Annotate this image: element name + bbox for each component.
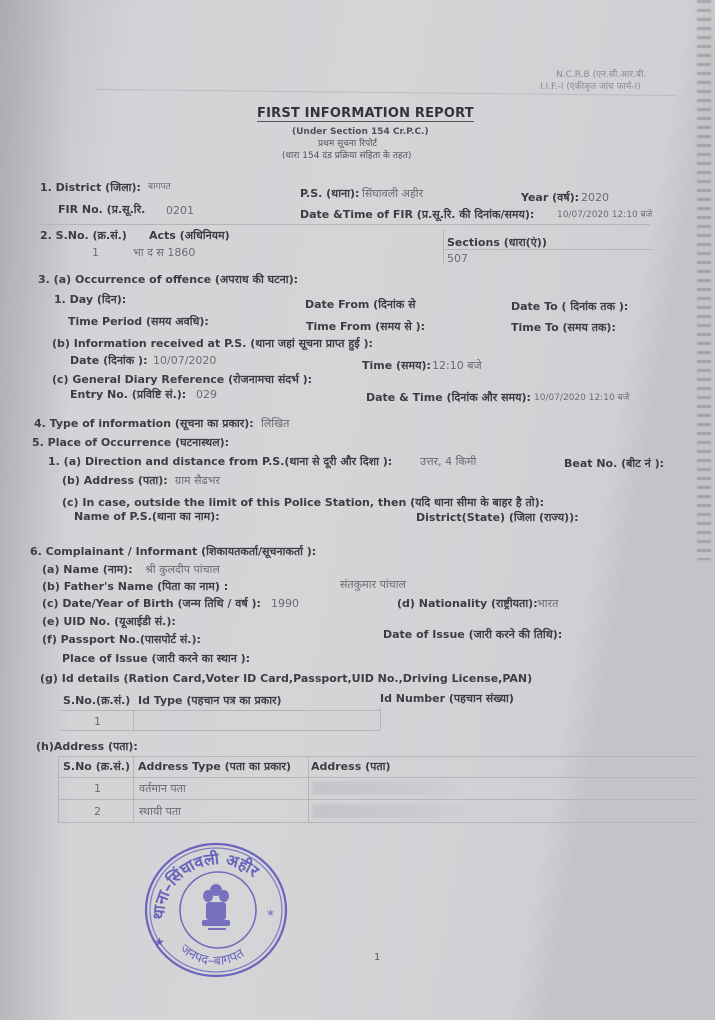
fir-no-label: FIR No. (प्र.सू.रि. — [58, 203, 145, 216]
gd-datetime-value: 10/07/2020 12:10 बजे — [534, 393, 629, 404]
nationality-label: (d) Nationality (राष्ट्रीयता): — [397, 597, 538, 610]
id-details-label: (g) Id details (Ration Card,Voter ID Car… — [40, 672, 532, 685]
district-label: 1. District (जिला): — [40, 181, 141, 194]
addr-row-1-type: वर्तमान पता — [139, 782, 186, 795]
beat-no-label: Beat No. (बीट नं ): — [564, 457, 664, 470]
address-heading: (h)Address (पता): — [36, 740, 138, 753]
address-label: (b) Address (पता): — [62, 474, 168, 487]
subtitle-hi: प्रथम सूचना रिपोर्ट — [318, 139, 377, 150]
divider — [443, 229, 444, 265]
page-title: FIRST INFORMATION REPORT — [257, 106, 474, 122]
time-to-label: Time To (समय तक): — [511, 321, 616, 334]
time-period-label: Time Period (समय अवधि): — [68, 315, 209, 328]
date-to-label: Date To ( दिनांक तक ): — [511, 300, 628, 313]
info-date-label: Date (दिनांक ): — [70, 354, 147, 367]
id-col-number: Id Number (पहचान संख्या) — [380, 692, 514, 705]
father-name-label: (b) Father's Name (पिता का नाम) : — [42, 580, 228, 593]
nationality-value: भारत — [537, 597, 558, 610]
year-value: 2020 — [581, 191, 609, 204]
addr-row-2-type: स्थायी पता — [139, 805, 181, 818]
place-of-issue-label: Place of Issue (जारी करने का स्थान ): — [62, 652, 250, 665]
redacted-address-1 — [312, 781, 462, 795]
date-from-label: Date From (दिनांक से — [305, 298, 416, 311]
page-number: 1 — [374, 952, 380, 963]
id-row-sno: 1 — [94, 715, 101, 728]
page-fold-shadow — [0, 0, 70, 1020]
divider — [60, 730, 380, 731]
outside-limit-label: (c) In case, outside the limit of this P… — [62, 496, 544, 509]
acts-sno-label: 2. S.No. (क्र.सं.) — [40, 229, 127, 242]
occurrence-heading: 3. (a) Occurrence of offence (अपराध की घ… — [38, 273, 298, 286]
torn-page-edge — [697, 0, 711, 560]
ps-label: P.S. (थाना): — [300, 187, 359, 200]
acts-label: Acts (अधिनियम) — [149, 229, 230, 242]
info-type-label: 4. Type of information (सूचना का प्रकार)… — [34, 417, 254, 430]
divider — [308, 756, 309, 822]
star-icon: ★ — [154, 935, 165, 949]
fir-datetime-value: 10/07/2020 12:10 बजे — [557, 210, 652, 221]
divider — [58, 777, 698, 778]
district-state-label: District(State) (जिला (राज्य)): — [416, 511, 579, 524]
addr-col-type: Address Type (पता का प्रकार) — [138, 760, 291, 773]
addr-col-address: Address (पता) — [311, 760, 391, 773]
direction-label: 1. (a) Direction and distance from P.S.(… — [48, 455, 392, 468]
id-col-sno: S.No.(क्र.सं.) — [63, 694, 130, 707]
addr-row-1-sno: 1 — [94, 782, 101, 795]
stamp-bottom-text: जनपद–बागपत — [177, 942, 247, 970]
id-col-type: Id Type (पहचान पत्र का प्रकार) — [138, 694, 282, 707]
divider — [40, 224, 650, 225]
divider — [58, 756, 698, 757]
police-station-stamp: थाना–सिंघावली अहीर जनपद–बागपत ★ ★ — [140, 838, 292, 978]
dob-label: (c) Date/Year of Birth (जन्म तिथि / वर्ष… — [42, 597, 261, 610]
redacted-address-2 — [312, 804, 472, 818]
addr-col-sno: S.No (क्र.सं.) — [63, 760, 130, 773]
ps-value: सिंघावली अहीर — [362, 187, 423, 200]
gd-reference-label: (c) General Diary Reference (रोजनामचा सं… — [52, 373, 312, 386]
divider — [60, 710, 380, 711]
fir-datetime-label: Date &Time of FIR (प्र.सू.रि. की दिनांक/… — [300, 208, 534, 221]
place-heading: 5. Place of Occurrence (घटनास्थल): — [32, 436, 229, 449]
divider — [58, 822, 698, 823]
gd-datetime-label: Date & Time (दिनांक और समय): — [366, 391, 531, 404]
divider — [133, 710, 134, 730]
complainant-name-label: (a) Name (नाम): — [42, 563, 133, 576]
subtitle-hi-2: (धारा 154 दंड प्रक्रिया संहिता के तहत) — [282, 151, 411, 162]
uid-label: (e) UID No. (यूआईडी सं.): — [42, 615, 176, 628]
star-icon: ★ — [266, 908, 275, 919]
info-received-label: (b) Information received at P.S. (थाना ज… — [52, 337, 373, 350]
addr-row-2-sno: 2 — [94, 805, 101, 818]
acts-row-sno: 1 — [92, 246, 99, 259]
acts-row-section: 507 — [447, 252, 468, 265]
divider — [380, 708, 381, 730]
info-type-value: लिखित — [261, 417, 289, 430]
svg-text:जनपद–बागपत: जनपद–बागपत — [177, 942, 247, 970]
acts-row-act: भा द स 1860 — [133, 246, 195, 259]
iif-label: I.I.F.-I (एकीकृत जांच फार्म-I) — [540, 82, 641, 93]
ps-name-label: Name of P.S.(थाना का नाम): — [74, 510, 220, 523]
info-time-value: 12:10 बजे — [432, 359, 482, 372]
national-emblem-icon — [202, 884, 230, 930]
divider — [133, 756, 134, 822]
complainant-heading: 6. Complainant / Informant (शिकायतकर्ता/… — [30, 545, 316, 558]
subtitle-en: (Under Section 154 Cr.P.C.) — [292, 127, 429, 138]
divider — [443, 249, 653, 250]
ncrb-label: N.C.R.B (एन.सी.आर.बी. — [556, 70, 646, 81]
info-time-label: Time (समय): — [362, 359, 431, 372]
year-label: Year (वर्ष): — [521, 191, 579, 204]
direction-value: उत्तर, 4 किमी — [420, 455, 476, 468]
dob-value: 1990 — [271, 597, 299, 610]
father-name-value: संतकुमार पांचाल — [340, 578, 406, 591]
passport-label: (f) Passport No.(पासपोर्ट सं.): — [42, 633, 201, 646]
fir-no-value: 0201 — [166, 204, 194, 217]
divider — [58, 756, 59, 822]
entry-no-label: Entry No. (प्रविष्टि सं.): — [70, 388, 186, 401]
district-value: बागपत — [148, 182, 171, 193]
time-from-label: Time From (समय से ): — [306, 320, 425, 333]
fir-document-page: N.C.R.B (एन.सी.आर.बी. I.I.F.-I (एकीकृत ज… — [0, 0, 715, 1020]
address-value: ग्राम सैढभर — [175, 474, 220, 487]
entry-no-value: 029 — [196, 388, 217, 401]
day-label: 1. Day (दिन): — [54, 293, 126, 306]
divider — [58, 799, 698, 800]
info-date-value: 10/07/2020 — [153, 354, 216, 367]
sections-label: Sections (धारा(एं)) — [447, 236, 547, 249]
complainant-name-value: श्री कुलदीप पांचाल — [145, 563, 220, 576]
date-of-issue-label: Date of Issue (जारी करने की तिथि): — [383, 628, 562, 641]
